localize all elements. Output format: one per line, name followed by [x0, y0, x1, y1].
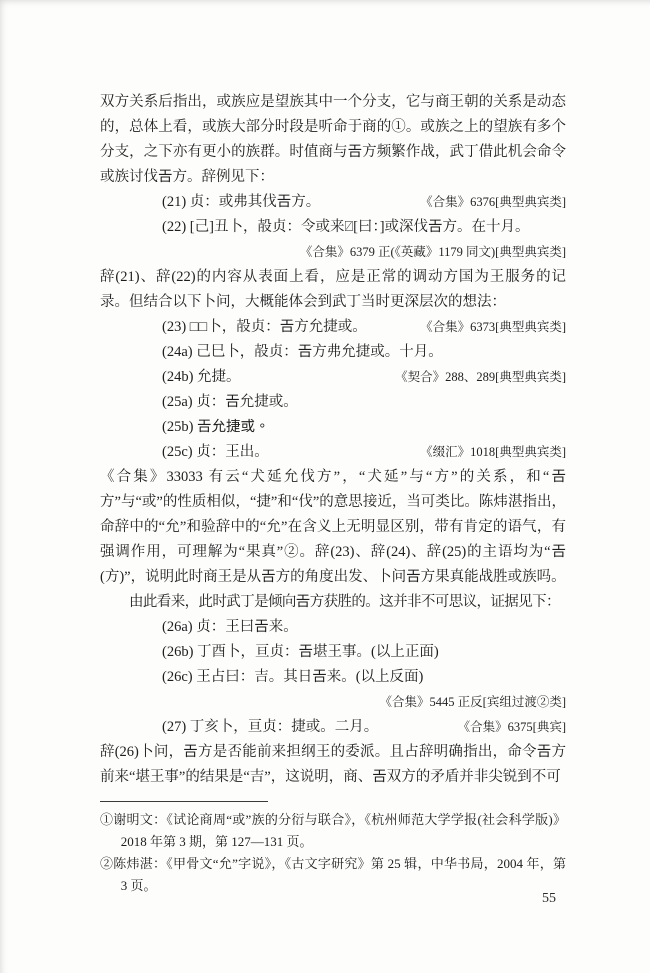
- paragraph-commentary-3: 由此看来，此时武丁是倾向𢀛方获胜的。这并非不可思议，证据见下：: [100, 590, 566, 615]
- paragraph-commentary-4: 辞(26)卜问，𢀛方是否能前来担纲王的委派。且占辞明确指出，命令𢀛方前来“堪王事…: [100, 740, 566, 790]
- entry-text: (27) 丁亥卜，亘贞：捷或。二月。: [162, 715, 378, 740]
- entry-text: (23) □□卜，㱿贞：𢀛方允捷或。: [162, 315, 367, 340]
- page-number: 55: [542, 891, 556, 907]
- entry-text: (25a) 贞：𢀛允捷或。: [162, 390, 298, 415]
- entry-text: (24b) 允捷。: [162, 365, 241, 390]
- oracle-entry-22: (22) [己]丑卜，㱿贞：令或来⍁[曰：]或深伐𢀛方。在十月。: [100, 215, 566, 240]
- footnote-1: ①谢明文：《试论商周“或”族的分衍与联合》，《杭州师范大学学报(社会科学版)》2…: [100, 809, 566, 853]
- oracle-entry-26b: (26b) 丁酉卜，亘贞：𢀛堪王事。(以上正面): [100, 640, 566, 665]
- paragraph-commentary-2: 《合集》33033 有云“犬延允伐方”，“犬延”与“方”的关系，和“𢀛方”与“或…: [100, 465, 566, 590]
- entry-source: 《合集》6376[典型典宾类]: [420, 190, 566, 215]
- book-page: 双方关系后指出，或族应是望族其中一个分支，它与商王朝的关系是动态的，总体上看，或…: [0, 0, 650, 973]
- oracle-entry-27: (27) 丁亥卜，亘贞：捷或。二月。 《合集》6375[典宾]: [100, 715, 566, 740]
- entry-source-line-26: 《合集》5445 正反[宾组过渡②类]: [100, 690, 566, 715]
- oracle-entry-21: (21) 贞：或弗其伐𢀛方。 《合集》6376[典型典宾类]: [100, 190, 566, 215]
- entry-text: (26b) 丁酉卜，亘贞：𢀛堪王事。(以上正面): [162, 640, 439, 665]
- oracle-entry-24b: (24b) 允捷。 《契合》288、289[典型典宾类]: [100, 365, 566, 390]
- oracle-entry-26c: (26c) 王占曰：吉。其日𢀛来。(以上反面): [100, 665, 566, 690]
- entry-text: (26a) 贞：王曰𢀛来。: [162, 615, 298, 640]
- oracle-entry-26a: (26a) 贞：王曰𢀛来。: [100, 615, 566, 640]
- oracle-entry-24a: (24a) 己巳卜，㱿贞：𢀛方弗允捷或。十月。: [100, 340, 566, 365]
- oracle-entry-25a: (25a) 贞：𢀛允捷或。: [100, 390, 566, 415]
- footnote-2: ②陈炜湛：《甲骨文“允”字说》，《古文字研究》第 25 辑，中华书局，2004 …: [100, 853, 566, 897]
- entry-text: (24a) 己巳卜，㱿贞：𢀛方弗允捷或。十月。: [162, 340, 443, 365]
- entry-source: 《合集》6375[典宾]: [458, 715, 566, 740]
- entry-text: (22) [己]丑卜，㱿贞：令或来⍁[曰：]或深伐𢀛方。在十月。: [162, 215, 530, 240]
- entry-text: (25c) 贞：王出。: [162, 440, 269, 465]
- entry-source-line-22: 《合集》6379 正(《英藏》1179 同文)[典型典宾类]: [100, 240, 566, 265]
- oracle-entry-25c: (25c) 贞：王出。 《缀汇》1018[典型典宾类]: [100, 440, 566, 465]
- oracle-entry-23: (23) □□卜，㱿贞：𢀛方允捷或。 《合集》6373[典型典宾类]: [100, 315, 566, 340]
- entry-text: (25b) 𢀛允捷或。: [162, 415, 270, 440]
- paragraph-commentary-1: 辞(21)、辞(22)的内容从表面上看，应是正常的调动方国为王服务的记录。但结合…: [100, 265, 566, 315]
- entry-source: 《合集》6373[典型典宾类]: [420, 315, 566, 340]
- footnote-separator: [100, 801, 268, 802]
- entry-source: 《缀汇》1018[典型典宾类]: [420, 440, 566, 465]
- footnotes-section: ①谢明文：《试论商周“或”族的分衍与联合》，《杭州师范大学学报(社会科学版)》2…: [100, 801, 566, 897]
- entry-text: (26c) 王占曰：吉。其日𢀛来。(以上反面): [162, 665, 423, 690]
- entry-text: (21) 贞：或弗其伐𢀛方。: [162, 190, 320, 215]
- paragraph-intro: 双方关系后指出，或族应是望族其中一个分支，它与商王朝的关系是动态的，总体上看，或…: [100, 90, 566, 190]
- entry-source: 《契合》288、289[典型典宾类]: [395, 365, 566, 390]
- oracle-entry-25b: (25b) 𢀛允捷或。: [100, 415, 566, 440]
- text-column: 双方关系后指出，或族应是望族其中一个分支，它与商王朝的关系是动态的，总体上看，或…: [100, 90, 566, 897]
